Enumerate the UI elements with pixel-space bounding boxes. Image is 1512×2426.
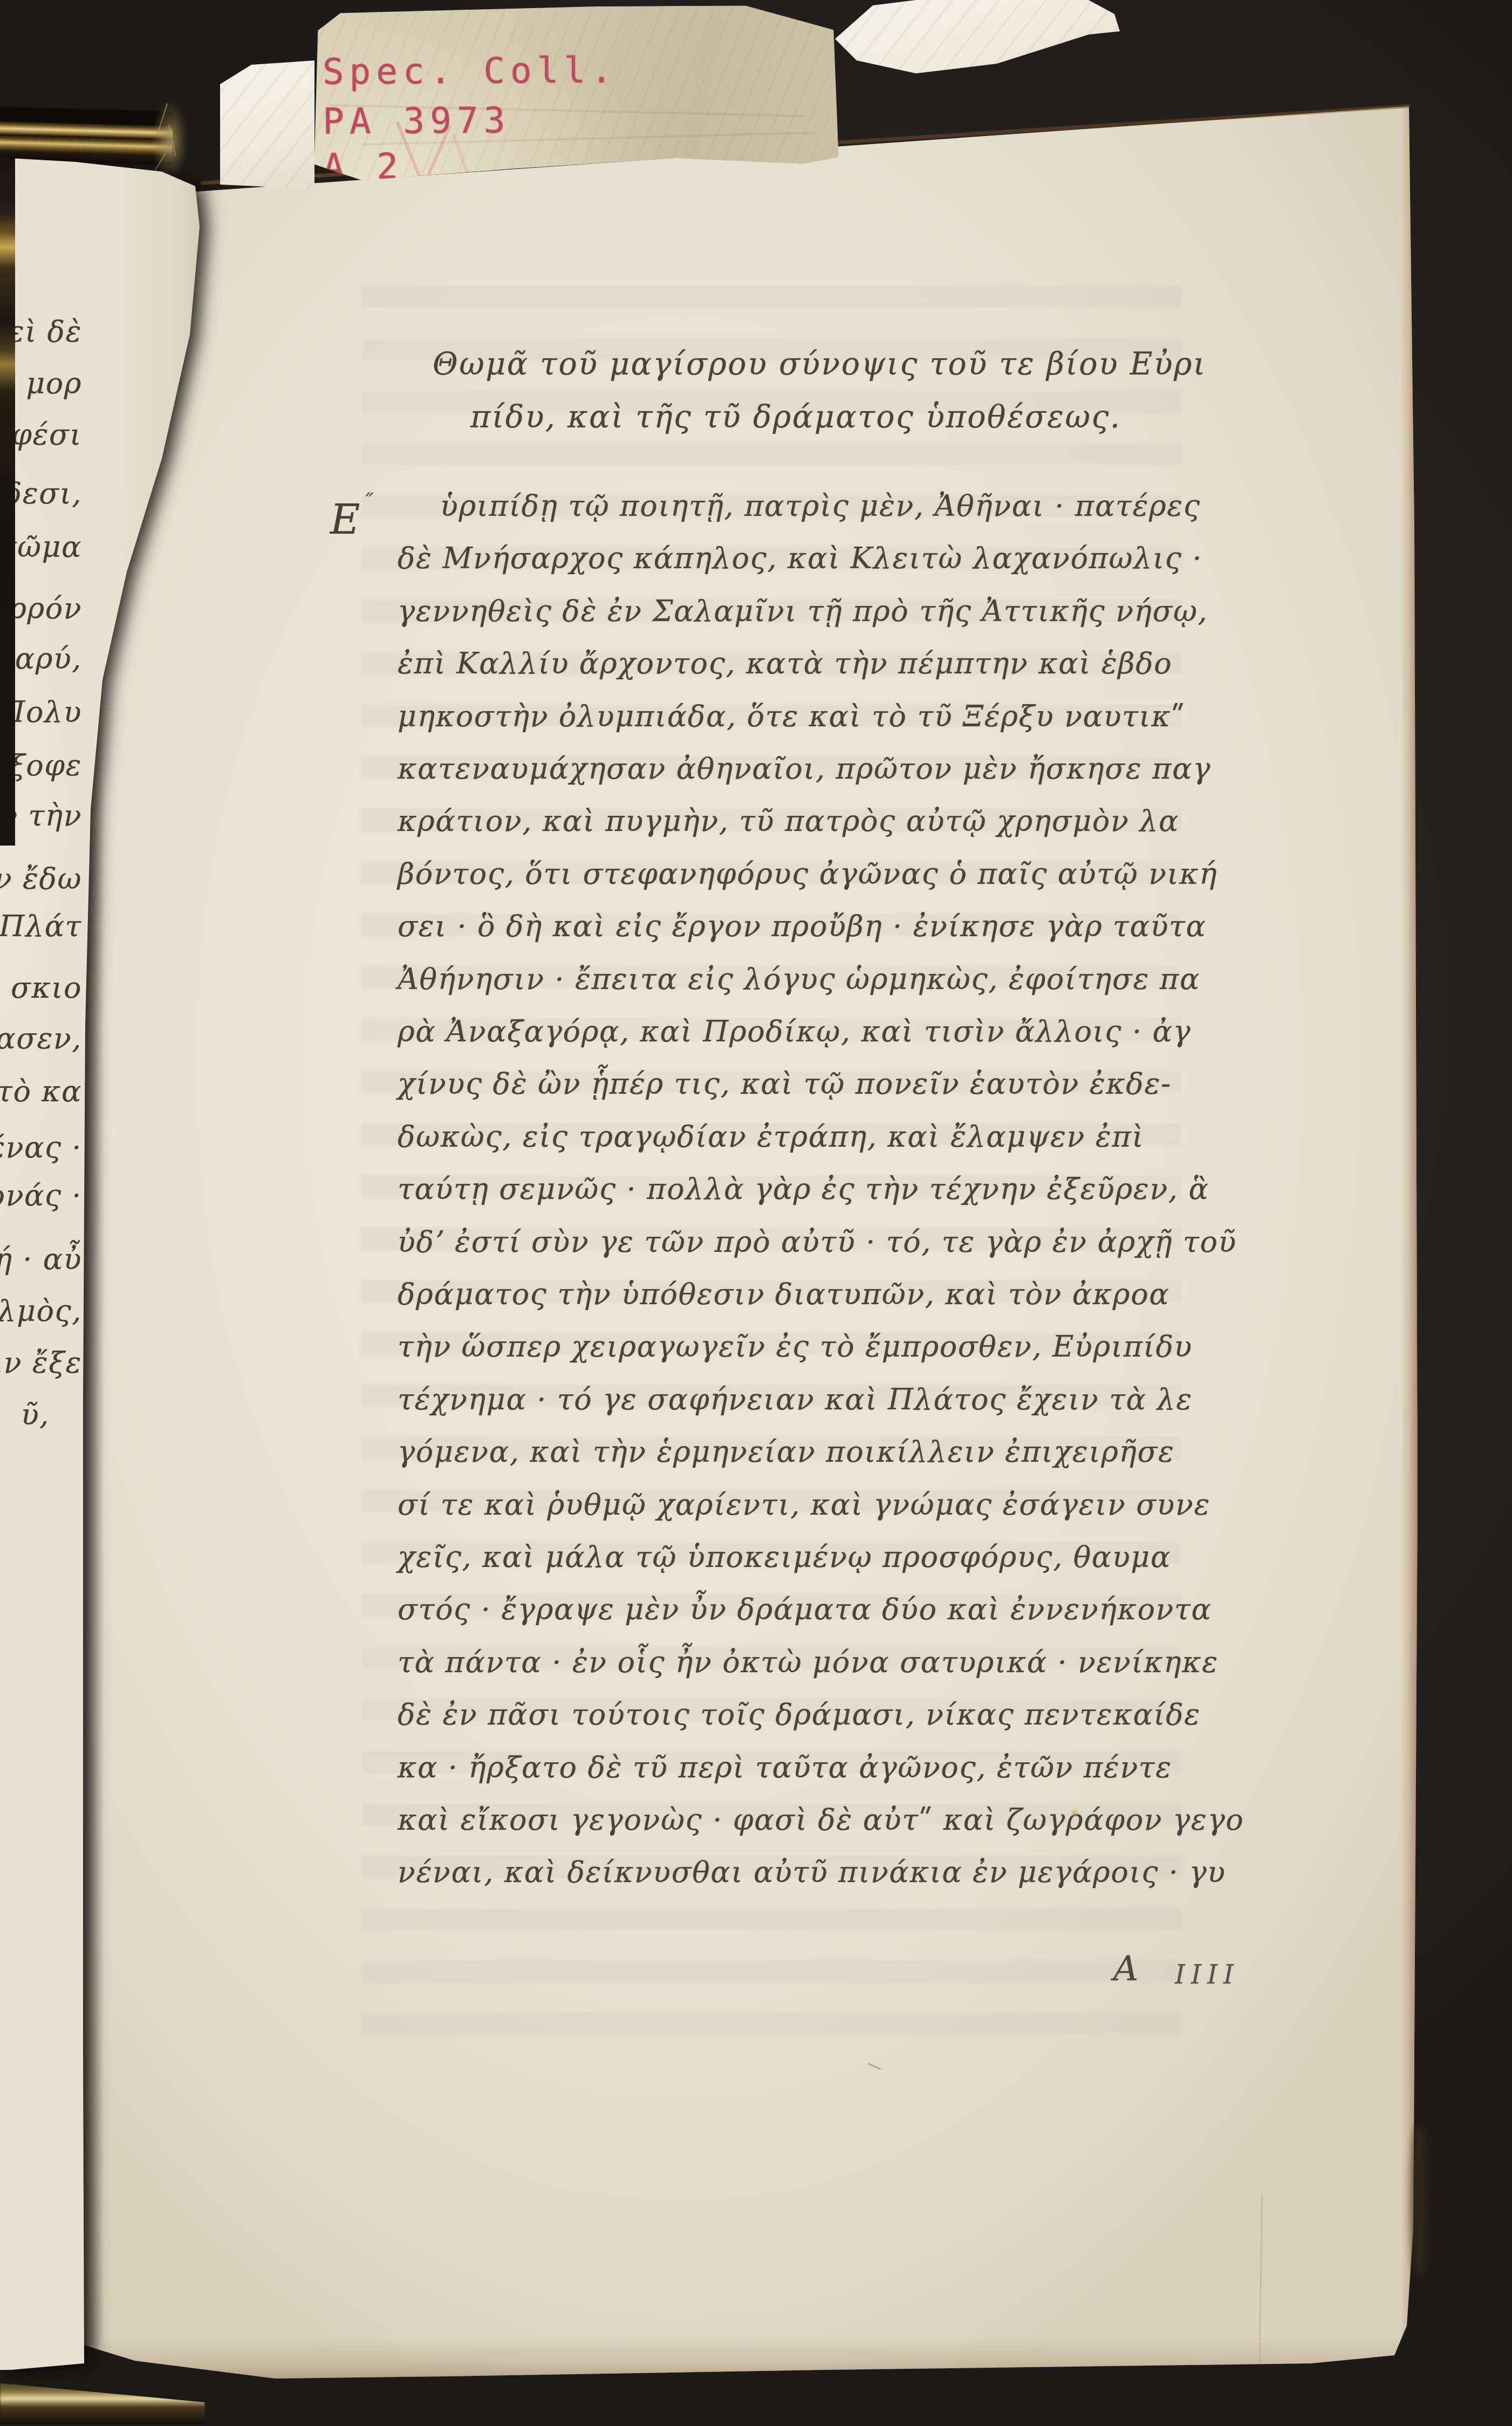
body-line: χίνυς δὲ ὢν ᾗπέρ τις, καὶ τῷ πονεῖν ἑαυτ… xyxy=(398,1067,1172,1101)
body-line: Ἀθήνησιν · ἔπειτα εἰς λόγυς ὡρμηκὼς, ἐφο… xyxy=(398,962,1200,996)
body-line: στός · ἔγραψε μὲν ὖν δράματα δύο καὶ ἐνν… xyxy=(398,1592,1212,1626)
page: Θωμᾶ τοῦ μαγίσρου σύνοψις τοῦ τε βίου Εὐ… xyxy=(70,97,1429,2396)
call-number-label: Spec. Coll. PA 3973 A 2 xyxy=(297,2,844,190)
body-line: δωκὼς, εἰς τραγῳδίαν ἐτράπη, καὶ ἔλαμψεν… xyxy=(398,1120,1144,1154)
facing-page-line: καὶ Πλάτ xyxy=(0,909,82,943)
facing-page-line: ένην ἔδω xyxy=(0,862,82,896)
facing-page-line: ῦ, xyxy=(21,1398,50,1432)
book-photograph: Θωμᾶ τοῦ μαγίσρου σύνοψις τοῦ τε βίου Εὐ… xyxy=(0,0,1512,2426)
body-line: ρὰ Ἀναξαγόρᾳ, καὶ Προδίκῳ, καὶ τισὶν ἄλλ… xyxy=(398,1014,1191,1048)
body-line: μηκοστὴν ὀλυμπιάδα, ὅτε καὶ τὸ τῦ Ξέρξυ … xyxy=(398,699,1186,733)
body-line: κατεναυμάχησαν ἀθηναῖοι, πρῶτον μὲν ἤσκη… xyxy=(398,752,1211,786)
facing-page-line: ν ἡδονάς · xyxy=(0,1178,82,1212)
body-line: σί τε καὶ ῥυθμῷ χαρίεντι, καὶ γνώμας ἐσά… xyxy=(398,1488,1210,1522)
page-right-edge xyxy=(1400,101,1419,2362)
body-line: ὐδʼ ἐστί σὺν γε τῶν πρὸ αὐτῦ · τό, τε γὰ… xyxy=(398,1225,1237,1259)
facing-page-line: μενα σκιο xyxy=(0,971,82,1005)
facing-page-line: υχή · αὖ xyxy=(0,1242,82,1276)
quire-numeral: IIII xyxy=(1175,1960,1240,1990)
heading-line-2: πίδυ, καὶ τῆς τῦ δράματος ὑποθέσεως. xyxy=(470,399,1121,435)
paper-fiber xyxy=(868,2063,881,2070)
foxing-fleck xyxy=(1071,1809,1078,1817)
facing-page-wrap: ς · ἐπεὶ δὲ νται μορ ἀσαφέσι κιώδεσι, α … xyxy=(0,0,227,2426)
body-line: βόντος, ὅτι στεφανηφόρυς ἀγῶνας ὁ παῖς α… xyxy=(398,857,1217,891)
body-line: νέναι, καὶ δείκνυσθαι αὐτῦ πινάκια ἐν με… xyxy=(398,1855,1226,1889)
body-line: σει · ὃ δὴ καὶ εἰς ἔργον προὔβη · ἐνίκησ… xyxy=(398,909,1207,943)
body-line: ὑριπίδῃ τῷ ποιητῇ, πατρὶς μὲν, Ἀθῆναι · … xyxy=(440,489,1201,523)
facing-page-line: χομένας · xyxy=(0,1130,82,1164)
body-line: κα · ἤρξατο δὲ τῦ περὶ ταῦτα ἀγῶνος, ἐτῶ… xyxy=(398,1750,1172,1784)
body-line: δὲ ἐν πᾶσι τούτοις τοῖς δράμασι, νίκας π… xyxy=(398,1698,1201,1732)
facing-page-line: φθαλμὸς, xyxy=(0,1294,82,1328)
label-line-1: Spec. Coll. xyxy=(323,50,618,93)
book-block-edge xyxy=(1411,2126,1427,2277)
body-line: τὴν ὥσπερ χειραγωγεῖν ἐς τὸ ἔμπροσθεν, Ε… xyxy=(398,1330,1193,1364)
page-bottom-edge xyxy=(102,2336,1408,2380)
body-line: δὲ Μνήσαρχος κάπηλος, καὶ Κλειτὼ λαχανόπ… xyxy=(398,541,1202,575)
facing-page-sliver: ς · ἐπεὶ δὲ νται μορ ἀσαφέσι κιώδεσι, α … xyxy=(0,151,211,2374)
heading-line-1: Θωμᾶ τοῦ μαγίσρου σύνοψις τοῦ τε βίου Εὐ… xyxy=(433,346,1207,382)
body-line: κράτιον, καὶ πυγμὴν, τῦ πατρὸς αὐτῷ χρησ… xyxy=(398,804,1179,838)
body-line: ἐπὶ Καλλίυ ἄρχοντος, κατὰ τὴν πέμπτην κα… xyxy=(398,646,1172,680)
crease-line xyxy=(1258,2193,1263,2425)
body-line: δράματος τὴν ὑπόθεσιν διατυπῶν, καὶ τὸν … xyxy=(398,1277,1169,1311)
drop-cap-mark: ˝ xyxy=(361,490,372,515)
body-line: καὶ εἴκοσι γεγονὼς · φασὶ δὲ αὐτʺ καὶ ζω… xyxy=(398,1803,1244,1837)
body-line: γεννηθεὶς δὲ ἐν Σαλαμῖνι τῇ πρὸ τῆς Ἀττι… xyxy=(398,594,1208,628)
body-line: τὰ πάντα · ἐν οἷς ἦν ὀκτὼ μόνα σατυρικά … xyxy=(398,1645,1219,1679)
body-line: γόμενα, καὶ τὴν ἑρμηνείαν ποικίλλειν ἐπι… xyxy=(398,1435,1175,1469)
signature-mark: A xyxy=(1113,1949,1138,1989)
white-guard-tab-left xyxy=(220,60,314,189)
facing-page-line: αλιν ἔξε xyxy=(0,1346,82,1380)
drop-cap-initial: Ε xyxy=(330,495,360,543)
body-line: χεῖς, καὶ μάλα τῷ ὑποκειμένῳ προσφόρυς, … xyxy=(398,1540,1171,1574)
facing-page-line: πρὸς τὸ κα xyxy=(0,1074,82,1108)
body-line: τέχνημα · τό γε σαφήνειαν καὶ Πλάτος ἔχε… xyxy=(398,1382,1193,1416)
facing-page-line: νόμασεν, xyxy=(0,1021,82,1055)
white-guard-tab-right xyxy=(835,0,1126,77)
body-line: ταύτῃ σεμνῶς · πολλὰ γὰρ ἐς τὴν τέχνην ἐ… xyxy=(398,1172,1209,1206)
cover-board-edge xyxy=(0,158,15,846)
